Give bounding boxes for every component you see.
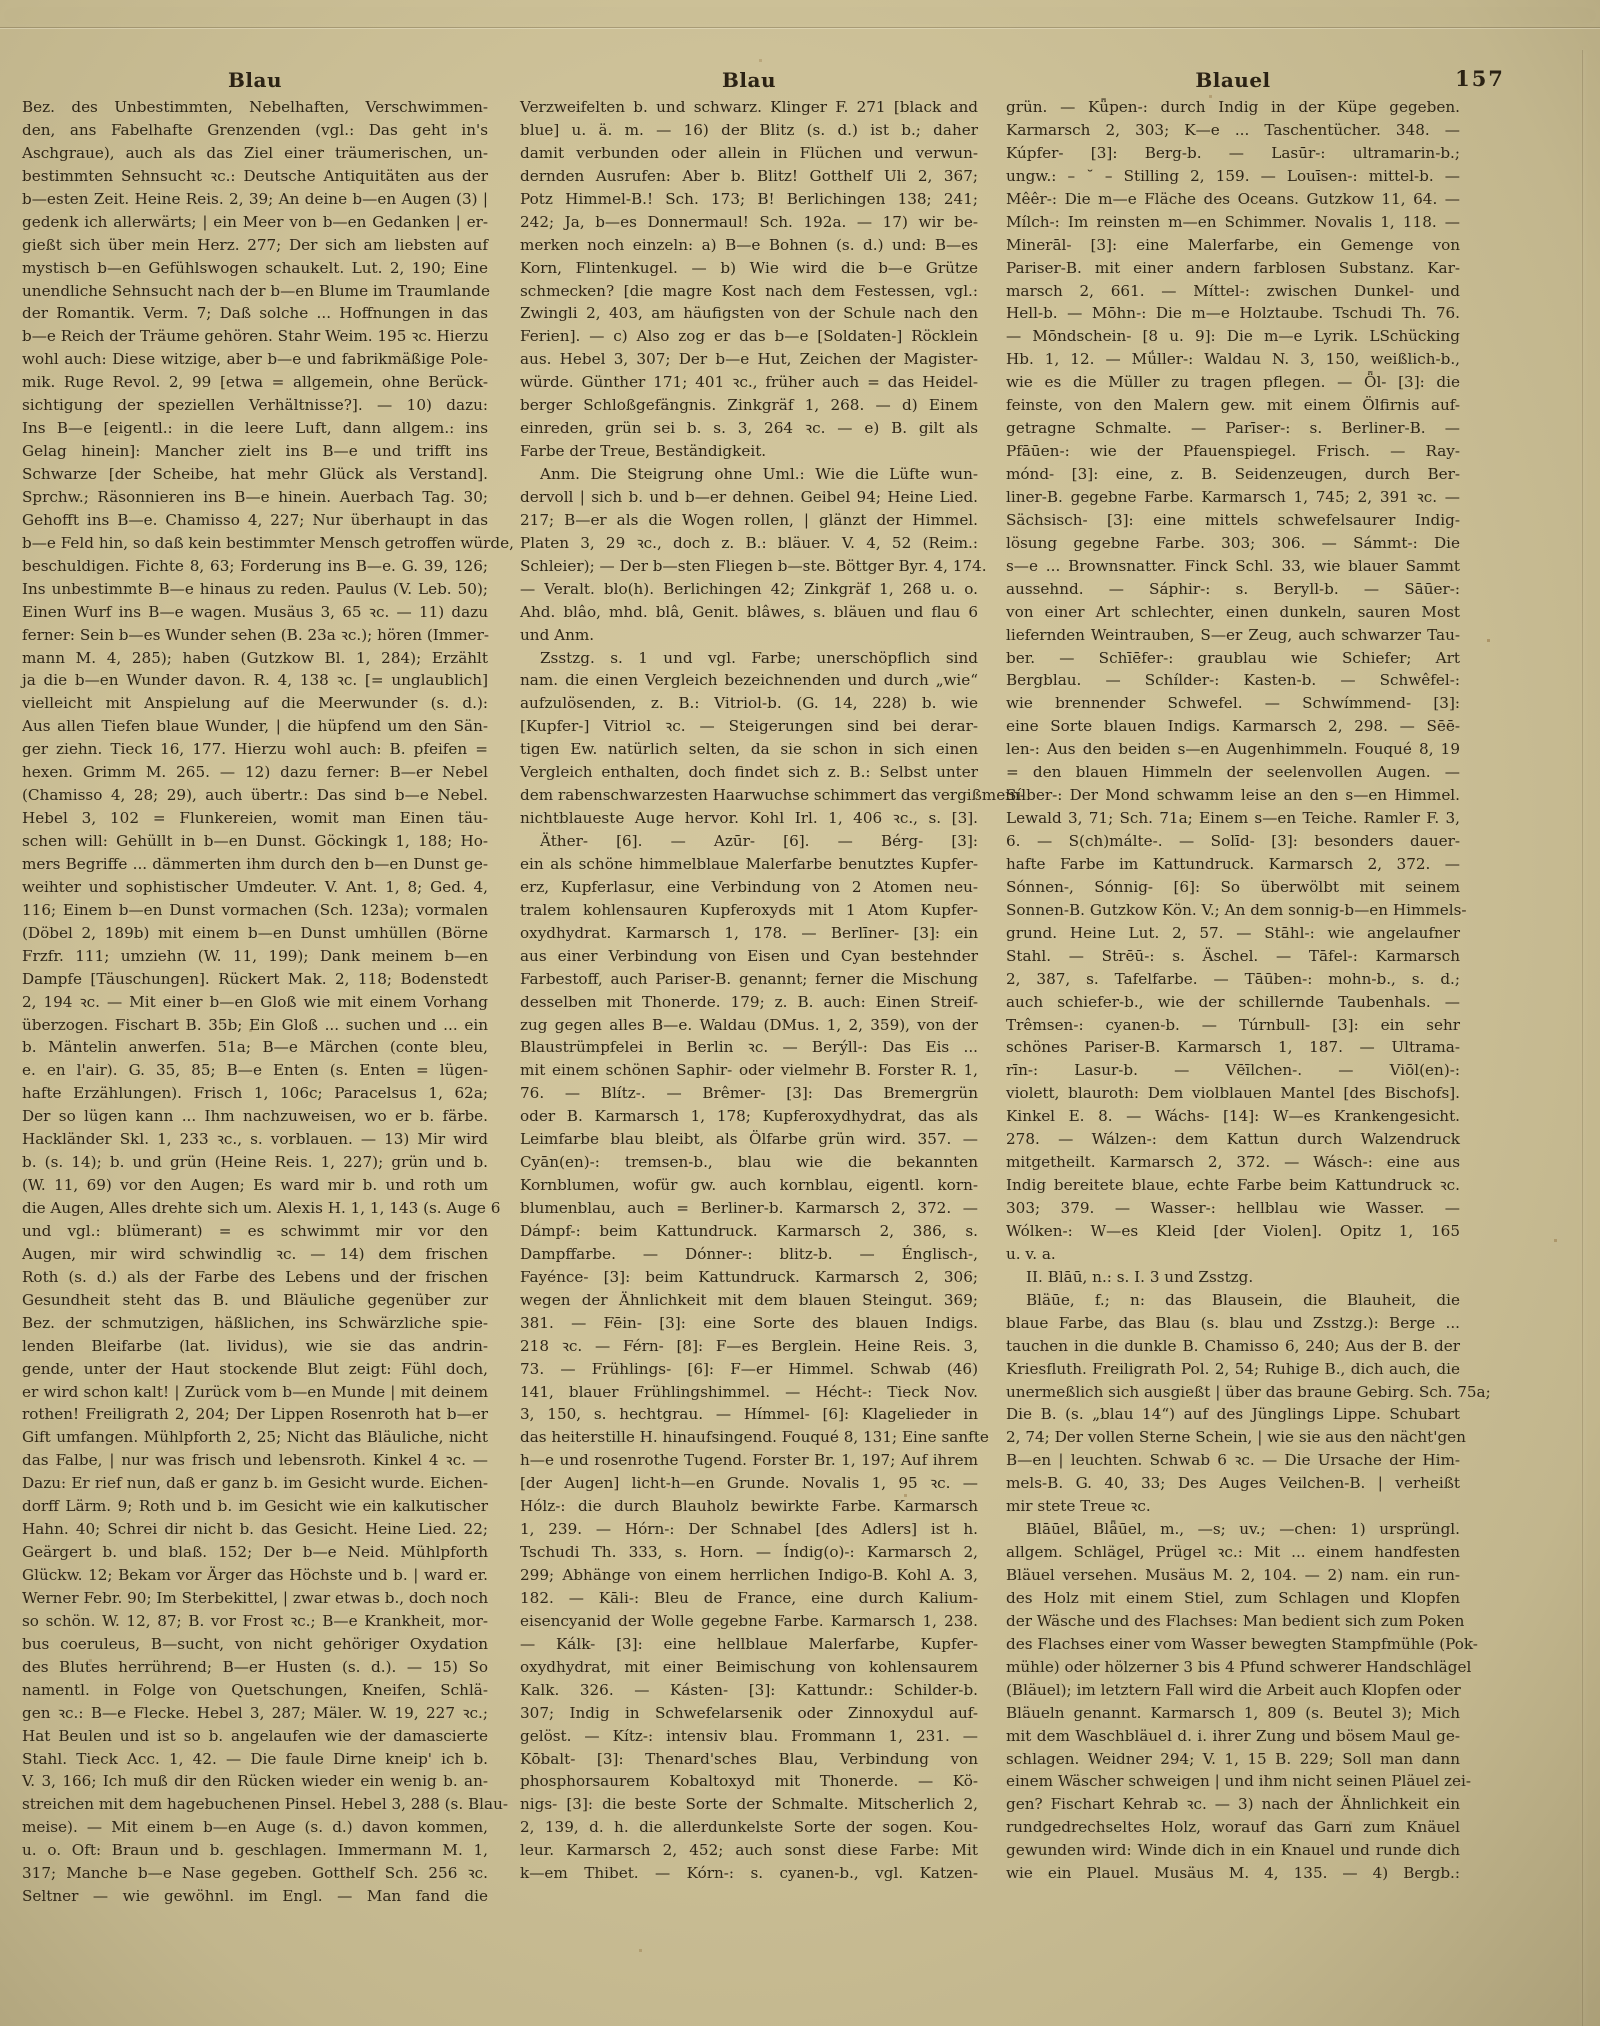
text-line: Zsstzg. s. 1 und vgl. Farbe; unerschöpfl… xyxy=(520,647,978,670)
text-line: tralem kohlensauren Kupferoxyds mit 1 At… xyxy=(520,899,978,922)
text-line: ein als schöne himmelblaue Malerfarbe be… xyxy=(520,853,978,876)
text-line: mik. Ruge Revol. 2, 99 [etwa = allgemein… xyxy=(22,371,488,394)
text-line: 2, 194 ꝛc. — Mit einer b—en Gloß wie mit… xyxy=(22,991,488,1014)
text-line: marsch 2, 661. — Míttel-: zwischen Dunke… xyxy=(1006,280,1460,303)
text-line: rundgedrechseltes Holz, worauf das Garn … xyxy=(1006,1816,1460,1839)
text-line: Pariser-B. mit einer andern farblosen Su… xyxy=(1006,257,1460,280)
text-line: überzogen. Fischart B. 35b; Ein Gloß ...… xyxy=(22,1014,488,1037)
text-line: Indig bereitete blaue, echte Farbe beim … xyxy=(1006,1174,1460,1197)
text-line: Geärgert b. und blaß. 152; Der b—e Neid.… xyxy=(22,1541,488,1564)
text-line: 6. — S(ch)málte-. — Solīd- [3]: besonder… xyxy=(1006,830,1460,853)
text-line: 303; 379. — Wasser-: hellblau wie Wasser… xyxy=(1006,1197,1460,1220)
text-line: b—e Reich der Träume gehören. Stahr Weim… xyxy=(22,325,488,348)
text-line: Kriesfluth. Freiligrath Pol. 2, 54; Ruhi… xyxy=(1006,1358,1460,1381)
text-line: das heiterstille H. hinaufsingend. Fouqu… xyxy=(520,1426,978,1449)
text-line: bestimmten Sehnsucht ꝛc.: Deutsche Antiq… xyxy=(22,165,488,188)
text-line: Schleier); — Der b—sten Fliegen b—ste. B… xyxy=(520,555,978,578)
text-line: mit dem Waschbläuel d. i. ihrer Zung und… xyxy=(1006,1725,1460,1748)
text-line: 73. — Frühlings- [6]: F—er Himmel. Schwa… xyxy=(520,1358,978,1381)
text-line: unermeßlich sich ausgießt | über das bra… xyxy=(1006,1381,1460,1404)
text-line: II. Blāū, n.: s. I. 3 und Zsstzg. xyxy=(1006,1266,1460,1289)
text-line: s—e ... Brownsnatter. Finck Schl. 33, wi… xyxy=(1006,555,1460,578)
text-column-middle: Verzweifelten b. und schwarz. Klinger F.… xyxy=(520,96,978,1885)
text-line: V. 3, 166; Ich muß dir den Rücken wieder… xyxy=(22,1770,488,1793)
text-line: 2, 74; Der vollen Sterne Schein, | wie s… xyxy=(1006,1426,1460,1449)
text-line: 116; Einem b—en Dunst vormachen (Sch. 12… xyxy=(22,899,488,922)
text-line: blaue Farbe, das Blau (s. blau und Zsstz… xyxy=(1006,1312,1460,1335)
text-line: blue] u. ä. m. — 16) der Blitz (s. d.) i… xyxy=(520,119,978,142)
text-line: hafte Farbe im Kattundruck. Karmarsch 2,… xyxy=(1006,853,1460,876)
text-line: mels-B. G. 40, 33; Des Auges Veilchen-B.… xyxy=(1006,1472,1460,1495)
text-line: Lewald 3, 71; Sch. 71a; Einem s—en Teich… xyxy=(1006,807,1460,830)
text-line: sichtigung der speziellen Verhältnisse?]… xyxy=(22,394,488,417)
text-line: 182. — Kāli-: Bleu de France, eine durch… xyxy=(520,1587,978,1610)
text-line: gelöst. — Kítz-: intensiv blau. Frommann… xyxy=(520,1725,978,1748)
text-line: b—esten Zeit. Heine Reis. 2, 39; An dein… xyxy=(22,188,488,211)
text-line: ber. — Schīēfer-: graublau wie Schiefer;… xyxy=(1006,647,1460,670)
text-line: unendliche Sehnsucht nach der b—en Blume… xyxy=(22,280,488,303)
text-line: schönes Pariser-B. Karmarsch 1, 187. — U… xyxy=(1006,1036,1460,1059)
text-line: gen ꝛc.: B—e Flecke. Hebel 3, 287; Mäler… xyxy=(22,1702,488,1725)
text-line: den, ans Fabelhafte Grenzenden (vgl.: Da… xyxy=(22,119,488,142)
text-line: einreden, grün sei b. s. 3, 264 ꝛc. — e)… xyxy=(520,417,978,440)
text-line: Bläūe, f.; n: das Blausein, die Blauheit… xyxy=(1006,1289,1460,1312)
text-line: Roth (s. d.) als der Farbe des Lebens un… xyxy=(22,1266,488,1289)
text-line: vielleicht mit Anspielung auf die Meerwu… xyxy=(22,692,488,715)
text-line: grün. — Kǖpen-: durch Indig in der Küpe … xyxy=(1006,96,1460,119)
text-line: Schwarze [der Scheibe, hat mehr Glück al… xyxy=(22,463,488,486)
text-line: Farbe der Treue, Beständigkeit. xyxy=(520,440,978,463)
text-line: Stahl. — Strēū-: s. Äschel. — Tāfel-: Ka… xyxy=(1006,945,1460,968)
text-line: Der so lügen kann ... Ihm nachzuweisen, … xyxy=(22,1105,488,1128)
text-line: 218 ꝛc. — Férn- [8]: F—es Berglein. Hein… xyxy=(520,1335,978,1358)
running-head-left: Blau xyxy=(22,68,488,92)
text-line: des Blutes herrührend; B—er Husten (s. d… xyxy=(22,1656,488,1679)
text-line: Dámpf-: beim Kattundruck. Karmarsch 2, 3… xyxy=(520,1220,978,1243)
text-line: 76. — Blítz-. — Brêmer- [3]: Das Bremerg… xyxy=(520,1082,978,1105)
text-line: Blaustrümpfelei in Berlin ꝛc. — Berýll-:… xyxy=(520,1036,978,1059)
dictionary-page: Blau Blau Blauel 157 Bez. des Unbestimmt… xyxy=(0,0,1600,2026)
text-line: mit einem schönen Saphir- oder vielmehr … xyxy=(520,1059,978,1082)
text-line: Ahd. blâo, mhd. blâ, Genit. blâwes, s. b… xyxy=(520,601,978,624)
text-line: 141, blauer Frühlingshimmel. — Hécht-: T… xyxy=(520,1381,978,1404)
text-line: dem rabenschwarzesten Haarwuchse schimme… xyxy=(520,784,978,807)
text-line: Minerāl- [3]: eine Malerfarbe, ein Gemen… xyxy=(1006,234,1460,257)
text-line: 3, 150, s. hechtgrau. — Hímmel- [6]: Kla… xyxy=(520,1403,978,1426)
text-line: 278. — Wálzen-: dem Kattun durch Walzend… xyxy=(1006,1128,1460,1151)
text-line: Hell-b. — Mōhn-: Die m—e Holztaube. Tsch… xyxy=(1006,302,1460,325)
text-line: 307; Indig in Schwefelarsenik oder Zinno… xyxy=(520,1702,978,1725)
text-line: merken noch einzeln: a) B—e Bohnen (s. d… xyxy=(520,234,978,257)
text-column-right: grün. — Kǖpen-: durch Indig in der Küpe … xyxy=(1006,96,1460,1885)
text-line: 381. — Fēin- [3]: eine Sorte des blauen … xyxy=(520,1312,978,1335)
text-line: wie es die Müller zu tragen pflegen. — Ȫ… xyxy=(1006,371,1460,394)
text-line: oder B. Karmarsch 1, 178; Kupferoxydhydr… xyxy=(520,1105,978,1128)
text-line: 2, 139, d. h. die allerdunkelste Sorte d… xyxy=(520,1816,978,1839)
text-line: aus einer Verbindung von Eisen und Cyan … xyxy=(520,945,978,968)
text-line: 242; Ja, b—es Donnermaul! Sch. 192a. — 1… xyxy=(520,211,978,234)
text-line: (Döbel 2, 189b) mit einem b—en Dunst umh… xyxy=(22,922,488,945)
text-line: liefernden Weintrauben, S—er Zeug, auch … xyxy=(1006,624,1460,647)
text-line: eine Sorte blauen Indigs. Karmarsch 2, 2… xyxy=(1006,715,1460,738)
text-line: Trêmsen-: cyanen-b. — Túrnbull- [3]: ein… xyxy=(1006,1014,1460,1037)
text-line: (Bläuel); im letztern Fall wird die Arbe… xyxy=(1006,1679,1460,1702)
text-line: Bergblau. — Schílder-: Kasten-b. — Schwê… xyxy=(1006,669,1460,692)
text-line: blumenblau, auch = Berliner-b. Karmarsch… xyxy=(520,1197,978,1220)
text-line: so schön. W. 12, 87; B. vor Frost ꝛc.; B… xyxy=(22,1610,488,1633)
text-line: Frzfr. 111; umziehn (W. 11, 199); Dank m… xyxy=(22,945,488,968)
text-line: tigen Ew. natürlich selten, da sie schon… xyxy=(520,738,978,761)
text-line: B—en | leuchten. Schwab 6 ꝛc. — Die Ursa… xyxy=(1006,1449,1460,1472)
text-line: Blāūel, Blǟūel, m., —s; uv.; —chen: 1) u… xyxy=(1006,1518,1460,1541)
text-line: mers Begriffe ... dämmerten ihm durch de… xyxy=(22,853,488,876)
text-line: einem Wäscher schweigen | und ihm nicht … xyxy=(1006,1770,1460,1793)
text-line: [Kupfer-] Vitriol ꝛc. — Steigerungen sin… xyxy=(520,715,978,738)
text-line: Kúpfer- [3]: Berg-b. — Lasūr-: ultramari… xyxy=(1006,142,1460,165)
text-line: mann M. 4, 285); haben (Gutzkow Bl. 1, 2… xyxy=(22,647,488,670)
text-line: Seltner — wie gewöhnl. im Engl. — Man fa… xyxy=(22,1885,488,1908)
text-line: hexen. Grimm M. 265. — 12) dazu ferner: … xyxy=(22,761,488,784)
text-line: u. o. Oft: Braun und b. geschlagen. Imme… xyxy=(22,1839,488,1862)
text-line: wegen der Ähnlichkeit mit dem blauen Ste… xyxy=(520,1289,978,1312)
text-line: nigs- [3]: die beste Sorte der Schmalte.… xyxy=(520,1793,978,1816)
text-line: Zwingli 2, 403, am häufigsten von der Sc… xyxy=(520,302,978,325)
text-line: b—e Feld hin, so daß kein bestimmter Men… xyxy=(22,532,488,555)
text-line: Verzweifelten b. und schwarz. Klinger F.… xyxy=(520,96,978,119)
text-line: rīn-: Lasur-b. — Vēīlchen-. — Viōl(en)-: xyxy=(1006,1059,1460,1082)
text-line: gewunden wird: Winde dich in ein Knauel … xyxy=(1006,1839,1460,1862)
text-line: aus. Hebel 3, 307; Der b—e Hut, Zeichen … xyxy=(520,348,978,371)
text-line: lösung gegebne Farbe. 303; 306. — Sámmt-… xyxy=(1006,532,1460,555)
text-line: wohl auch: Diese witzige, aber b—e und f… xyxy=(22,348,488,371)
text-line: ger ziehn. Tieck 16, 177. Hierzu wohl au… xyxy=(22,738,488,761)
text-line: nichtblaueste Auge hervor. Kohl Irl. 1, … xyxy=(520,807,978,830)
running-head-center: Blau xyxy=(520,68,978,92)
text-line: Sonnen-B. Gutzkow Kön. V.; An dem sonnig… xyxy=(1006,899,1460,922)
text-line: Ins B—e [eigentl.: in die leere Luft, da… xyxy=(22,417,488,440)
text-line: 1, 239. — Hórn-: Der Schnabel [des Adler… xyxy=(520,1518,978,1541)
text-line: berger Schloßgefängnis. Zinkgräf 1, 268.… xyxy=(520,394,978,417)
text-line: Sílber-: Der Mond schwamm leise an den s… xyxy=(1006,784,1460,807)
text-line: Potz Himmel-B.! Sch. 173; B! Berlichinge… xyxy=(520,188,978,211)
text-line: desselben mit Thonerde. 179; z. B. auch:… xyxy=(520,991,978,1014)
text-line: und Anm. xyxy=(520,624,978,647)
text-line: 2, 387, s. Tafelfarbe. — Tāūben-: mohn-b… xyxy=(1006,968,1460,991)
text-line: dervoll | sich b. und b—er dehnen. Geibe… xyxy=(520,486,978,509)
text-line: das Falbe, | nur was frisch und lebensro… xyxy=(22,1449,488,1472)
text-line: er wird schon kalt! | Zurück vom b—en Mu… xyxy=(22,1381,488,1404)
text-line: gießt sich über mein Herz. 277; Der sich… xyxy=(22,234,488,257)
text-line: — Veralt. blo(h). Berlichingen 42; Zinkg… xyxy=(520,578,978,601)
text-line: mystisch b—en Gefühlswogen schaukelt. Lu… xyxy=(22,257,488,280)
text-line: gedenk ich allerwärts; | ein Meer von b—… xyxy=(22,211,488,234)
text-line: (Chamisso 4, 28; 29), auch übertr.: Das … xyxy=(22,784,488,807)
text-line: Ferien]. — c) Also zog er das b—e [Solda… xyxy=(520,325,978,348)
text-line: ungw.: – ˘ – Stilling 2, 159. — Louīsen-… xyxy=(1006,165,1460,188)
text-line: und vgl.: blümerant) = es schwimmt mir v… xyxy=(22,1220,488,1243)
text-line: Kinkel E. 8. — Wáchs- [14]: W—es Kranken… xyxy=(1006,1105,1460,1128)
text-line: Fayénce- [3]: beim Kattundruck. Karmarsc… xyxy=(520,1266,978,1289)
text-line: namentl. in Folge von Quetschungen, Knei… xyxy=(22,1679,488,1702)
text-line: des Holz mit einem Stiel, zum Schlagen u… xyxy=(1006,1587,1460,1610)
text-line: streichen mit dem hagebuchenen Pinsel. H… xyxy=(22,1793,488,1816)
text-line: Leimfarbe blau bleibt, als Ölfarbe grün … xyxy=(520,1128,978,1151)
text-line: bus coeruleus, B—sucht, von nicht gehöri… xyxy=(22,1633,488,1656)
text-line: len-: Aus den beiden s—en Augenhimmeln. … xyxy=(1006,738,1460,761)
text-line: 299; Abhänge von einem herrlichen Indigo… xyxy=(520,1564,978,1587)
text-column-left: Bez. des Unbestimmten, Nebelhaften, Vers… xyxy=(22,96,488,1908)
text-line: — Kálk- [3]: eine hellblaue Malerfarbe, … xyxy=(520,1633,978,1656)
text-line: von einer Art schlechter, einen dunkeln,… xyxy=(1006,601,1460,624)
text-line: damit verbunden oder allein in Flüchen u… xyxy=(520,142,978,165)
text-line: 217; B—er als die Wogen rollen, | glänzt… xyxy=(520,509,978,532)
text-line: gende, unter der Haut stockende Blut zei… xyxy=(22,1358,488,1381)
text-line: b. (s. 14); b. und grün (Heine Reis. 1, … xyxy=(22,1151,488,1174)
text-line: Wólken-: W—es Kleid [der Violen]. Opitz … xyxy=(1006,1220,1460,1243)
text-line: violett, blauroth: Dem violblauen Mantel… xyxy=(1006,1082,1460,1105)
text-line: e. en l'air). G. 35, 85; B—e Enten (s. E… xyxy=(22,1059,488,1082)
text-line: Kalk. 326. — Kásten- [3]: Kattundr.: Sch… xyxy=(520,1679,978,1702)
text-line: erz, Kupferlasur, eine Verbindung von 2 … xyxy=(520,876,978,899)
text-line: b. Mäntelin anwerfen. 51a; B—e Märchen (… xyxy=(22,1036,488,1059)
text-line: Sónnen-, Sónnig- [6]: So überwölbt mit s… xyxy=(1006,876,1460,899)
text-line: Gift umfangen. Mühlpforth 2, 25; Nicht d… xyxy=(22,1426,488,1449)
text-line: schlagen. Weidner 294; V. 1, 15 B. 229; … xyxy=(1006,1748,1460,1771)
text-line: grund. Heine Lut. 2, 57. — Stāhl-: wie a… xyxy=(1006,922,1460,945)
text-line: zug gegen alles B—e. Waldau (DMus. 1, 2,… xyxy=(520,1014,978,1037)
text-line: Tschudi Th. 333, s. Horn. — Índig(o)-: K… xyxy=(520,1541,978,1564)
text-line: Karmarsch 2, 303; K—e ... Taschentücher.… xyxy=(1006,119,1460,142)
text-line: Bez. des Unbestimmten, Nebelhaften, Vers… xyxy=(22,96,488,119)
text-line: würde. Günther 171; 401 ꝛc., früher auch… xyxy=(520,371,978,394)
text-line: des Flachses einer vom Wasser bewegten S… xyxy=(1006,1633,1460,1656)
text-line: auch schiefer-b., wie der schillernde Ta… xyxy=(1006,991,1460,1014)
text-line: Cyān(en)-: tremsen-b., blau wie die beka… xyxy=(520,1151,978,1174)
text-line: Bläueln genannt. Karmarsch 1, 809 (s. Be… xyxy=(1006,1702,1460,1725)
text-line: — Mōndschein- [8 u. 9]: Die m—e Lyrik. L… xyxy=(1006,325,1460,348)
text-line: Bläuel versehen. Musäus M. 2, 104. — 2) … xyxy=(1006,1564,1460,1587)
text-line: Hahn. 40; Schrei dir nicht b. das Gesich… xyxy=(22,1518,488,1541)
text-line: oxydhydrat. Karmarsch 1, 178. — Berlīner… xyxy=(520,922,978,945)
text-line: mühle) oder hölzerner 3 bis 4 Pfund schw… xyxy=(1006,1656,1460,1679)
text-line: Hackländer Skl. 1, 233 ꝛc., s. vorblauen… xyxy=(22,1128,488,1151)
page-number: 157 xyxy=(1445,66,1515,91)
text-line: nam. die einen Vergleich bezeichnenden u… xyxy=(520,669,978,692)
text-line: leur. Karmarsch 2, 452; auch sonst diese… xyxy=(520,1839,978,1862)
text-line: dorff Lärm. 9; Roth und b. im Gesicht wi… xyxy=(22,1495,488,1518)
text-line: 317; Manche b—e Nase gegeben. Gotthelf S… xyxy=(22,1862,488,1885)
text-line: Hólz-: die durch Blauholz bewirkte Farbe… xyxy=(520,1495,978,1518)
paper-speckles xyxy=(0,0,1,1)
text-line: h—e und rosenrothe Tugend. Forster Br. 1… xyxy=(520,1449,978,1472)
text-line: Die B. (s. „blau 14“) auf des Jünglings … xyxy=(1006,1403,1460,1426)
text-line: Kornblumen, wofür gw. auch kornblau, eig… xyxy=(520,1174,978,1197)
text-line: Dampffarbe. — Dónner-: blitz-b. — Énglis… xyxy=(520,1243,978,1266)
text-line: Bez. der schmutzigen, häßlichen, ins Sch… xyxy=(22,1312,488,1335)
text-line: getragne Schmalte. — Parīser-: s. Berlin… xyxy=(1006,417,1460,440)
text-line: Anm. Die Steigrung ohne Uml.: Wie die Lü… xyxy=(520,463,978,486)
text-line: Gesundheit steht das B. und Bläuliche ge… xyxy=(22,1289,488,1312)
text-line: Mílch-: Im reinsten m—en Schimmer. Noval… xyxy=(1006,211,1460,234)
text-line: [der Augen] licht-h—en Grunde. Novalis 1… xyxy=(520,1472,978,1495)
text-line: Stahl. Tieck Acc. 1, 42. — Die faule Dir… xyxy=(22,1748,488,1771)
text-line: Einen Wurf ins B—e wagen. Musäus 3, 65 ꝛ… xyxy=(22,601,488,624)
text-line: mir stete Treue ꝛc. xyxy=(1006,1495,1460,1518)
text-line: Aschgraue), auch als das Ziel einer träu… xyxy=(22,142,488,165)
text-line: Gehofft ins B—e. Chamisso 4, 227; Nur üb… xyxy=(22,509,488,532)
text-line: tauchen in die dunkle B. Chamisso 6, 240… xyxy=(1006,1335,1460,1358)
text-line: aussehnd. — Sáphir-: s. Beryll-b. — Sāūe… xyxy=(1006,578,1460,601)
text-line: dernden Ausrufen: Aber b. Blitz! Gotthel… xyxy=(520,165,978,188)
running-head-right: Blauel xyxy=(1006,68,1460,92)
text-line: liner-B. gegebne Farbe. Karmarsch 1, 745… xyxy=(1006,486,1460,509)
paper-edge-line xyxy=(1582,50,1583,2026)
text-line: Vergleich enthalten, doch findet sich z.… xyxy=(520,761,978,784)
text-line: Glückw. 12; Bekam vor Ärger das Höchste … xyxy=(22,1564,488,1587)
text-line: der Wäsche und des Flachses: Man bedient… xyxy=(1006,1610,1460,1633)
text-line: mónd- [3]: eine, z. B. Seidenzeugen, dur… xyxy=(1006,463,1460,486)
text-line: aufzulösenden, z. B.: Vitriol-b. (G. 14,… xyxy=(520,692,978,715)
text-line: weihter und sophistischer Umdeuter. V. A… xyxy=(22,876,488,899)
text-line: Aus allen Tiefen blaue Wunder, | die hüp… xyxy=(22,715,488,738)
text-line: ferner: Sein b—es Wunder sehen (B. 23a ꝛ… xyxy=(22,624,488,647)
text-line: Hebel 3, 102 = Flunkereien, womit man Ei… xyxy=(22,807,488,830)
text-line: phosphorsaurem Kobaltoxyd mit Thonerde. … xyxy=(520,1770,978,1793)
text-line: beschuldigen. Fichte 8, 63; Forderung in… xyxy=(22,555,488,578)
text-line: wie brennender Schwefel. — Schwímmend- [… xyxy=(1006,692,1460,715)
text-line: k—em Thibet. — Kórn-: s. cyanen-b., vgl.… xyxy=(520,1862,978,1885)
text-line: ja die b—en Wunder davon. R. 4, 138 ꝛc. … xyxy=(22,669,488,692)
text-line: die Augen, Alles drehte sich um. Alexis … xyxy=(22,1197,488,1220)
text-line: Pfāūen-: wie der Pfauenspiegel. Frisch. … xyxy=(1006,440,1460,463)
text-line: Mêêr-: Die m—e Fläche des Oceans. Gutzko… xyxy=(1006,188,1460,211)
text-line: oxydhydrat, mit einer Beimischung von ko… xyxy=(520,1656,978,1679)
text-line: der Romantik. Verm. 7; Daß solche ... Ho… xyxy=(22,302,488,325)
text-line: Äther- [6]. — Azūr- [6]. — Bérg- [3]: xyxy=(520,830,978,853)
text-line: allgem. Schlägel, Prügel ꝛc.: Mit ... ei… xyxy=(1006,1541,1460,1564)
text-line: Sprchw.; Räsonnieren ins B—e hinein. Aue… xyxy=(22,486,488,509)
text-line: meise). — Mit einem b—en Auge (s. d.) da… xyxy=(22,1816,488,1839)
text-line: (W. 11, 69) vor den Augen; Es ward mir b… xyxy=(22,1174,488,1197)
text-line: Kōbalt- [3]: Thenard'sches Blau, Verbind… xyxy=(520,1748,978,1771)
text-line: schmecken? [die magre Kost nach dem Fest… xyxy=(520,280,978,303)
text-line: Hat Beulen und ist so b. angelaufen wie … xyxy=(22,1725,488,1748)
text-line: Ins unbestimmte B—e hinaus zu reden. Pau… xyxy=(22,578,488,601)
text-line: Gelag hinein]: Mancher zielt ins B—e und… xyxy=(22,440,488,463)
text-line: Platen 3, 29 ꝛc., doch z. B.: bläuer. V.… xyxy=(520,532,978,555)
text-line: Werner Febr. 90; Im Sterbekittel, | zwar… xyxy=(22,1587,488,1610)
text-line: Hb. 1, 12. — Mǘller-: Waldau N. 3, 150, … xyxy=(1006,348,1460,371)
text-line: Dazu: Er rief nun, daß er ganz b. im Ges… xyxy=(22,1472,488,1495)
text-line: Farbestoff, auch Pariser-B. genannt; fer… xyxy=(520,968,978,991)
scan-crease-line xyxy=(0,27,1600,28)
text-line: Sächsisch- [3]: eine mittels schwefelsau… xyxy=(1006,509,1460,532)
text-line: hafte Erzählungen). Frisch 1, 106c; Para… xyxy=(22,1082,488,1105)
text-line: eisencyanid der Wolle gegebne Farbe. Kar… xyxy=(520,1610,978,1633)
text-line: u. v. a. xyxy=(1006,1243,1460,1266)
text-line: lenden Bleifarbe (lat. lividus), wie sie… xyxy=(22,1335,488,1358)
text-line: feinste, von den Malern gew. mit einem Ö… xyxy=(1006,394,1460,417)
text-line: = den blauen Himmeln der seelenvollen Au… xyxy=(1006,761,1460,784)
text-line: schen will: Gehüllt in b—en Dunst. Göcki… xyxy=(22,830,488,853)
text-line: Dampfe [Täuschungen]. Rückert Mak. 2, 11… xyxy=(22,968,488,991)
text-line: rothen! Freiligrath 2, 204; Der Lippen R… xyxy=(22,1403,488,1426)
text-line: wie ein Plauel. Musäus M. 4, 135. — 4) B… xyxy=(1006,1862,1460,1885)
text-line: Augen, mir wird schwindlig ꝛc. — 14) dem… xyxy=(22,1243,488,1266)
text-line: mitgetheilt. Karmarsch 2, 372. — Wásch-:… xyxy=(1006,1151,1460,1174)
text-line: Korn, Flintenkugel. — b) Wie wird die b—… xyxy=(520,257,978,280)
text-line: gen? Fischart Kehrab ꝛc. — 3) nach der Ä… xyxy=(1006,1793,1460,1816)
